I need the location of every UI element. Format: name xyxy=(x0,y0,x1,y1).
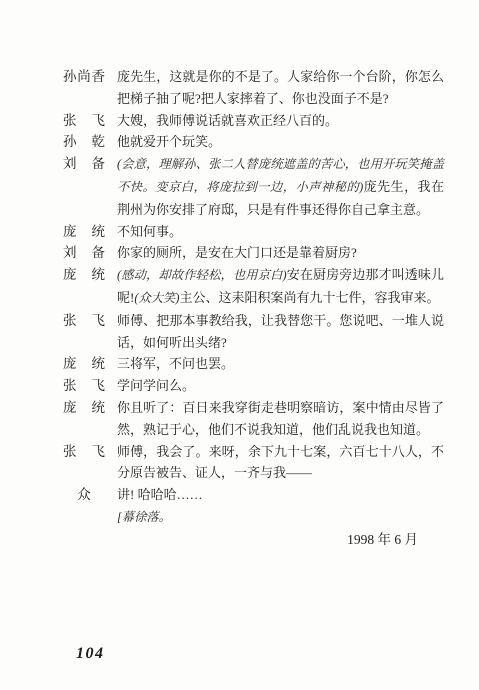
speaker-char: 庞 xyxy=(63,397,77,419)
script-content: 孙尚香庞先生，这就是你的不是了。人家给你一个台阶，你怎么把梯子抽了呢?把人家摔着… xyxy=(63,66,444,551)
dialogue-text: 你家的厕所，是安在大门口还是靠着厨房? xyxy=(117,242,444,264)
dialogue-segment: 讲! 哈哈哈…… xyxy=(117,487,203,502)
speaker-name: 孙尚香 xyxy=(63,66,105,88)
speaker-char: 孙 xyxy=(63,131,77,153)
speaker-name: 张飞 xyxy=(63,441,105,463)
speaker-char: 统 xyxy=(92,221,106,243)
speaker-char: 尚 xyxy=(77,66,91,88)
dialogue-text: 他就爱开个玩笑。 xyxy=(117,131,444,153)
speaker-char: 统 xyxy=(92,353,106,375)
dialogue-segment: 你家的厕所，是安在大门口还是靠着厨房? xyxy=(117,245,357,260)
speaker-name: 孙乾 xyxy=(63,131,105,153)
dialogue-entry: 刘备(会意，理解孙、张二人替庞统遮盖的苦心，也用开玩笑掩盖不快。变京白，将庞拉到… xyxy=(63,153,444,220)
dialogue-segment: 三将军，不问也罢。 xyxy=(117,356,234,371)
speaker-char: 备 xyxy=(92,242,106,264)
speaker-name: 庞统 xyxy=(63,397,105,419)
speaker-char: 飞 xyxy=(92,310,106,332)
dialogue-segment: 不知何事。 xyxy=(117,224,182,239)
stage-direction: (感动，却故作轻松，也用京白) xyxy=(117,268,287,282)
speaker-char: 香 xyxy=(92,66,106,88)
speaker-char: 众 xyxy=(77,484,91,506)
speaker-char: 乾 xyxy=(92,131,106,153)
speaker-char: 飞 xyxy=(92,441,106,463)
speaker-char: 飞 xyxy=(92,375,106,397)
dialogue-text: 不知何事。 xyxy=(117,221,444,243)
dialogue-segment: 大嫂，我师傅说话就喜欢正经八百的。 xyxy=(117,113,338,128)
speaker-char: 刘 xyxy=(63,153,77,175)
dialogue-entry: 张飞大嫂，我师傅说话就喜欢正经八百的。 xyxy=(63,110,444,132)
dialogue-entry: 张飞学问学问么。 xyxy=(63,375,444,397)
speaker-char: 张 xyxy=(63,310,77,332)
dialogue-segment: 师傅，我会了。来呀，余下九十七案，六百七十八人，不分原告被告、证人，一齐与我—— xyxy=(117,444,444,481)
speaker-name: 张飞 xyxy=(63,310,105,332)
speaker-char: 备 xyxy=(92,153,106,175)
dialogue-segment: 主公、这耒阳积案尚有九十七件，容我审来。 xyxy=(179,290,439,305)
dialogue-text: (感动，却故作轻松，也用京白)安在厨房旁边那才叫透味儿呢!(众大笑)主公、这耒阳… xyxy=(117,264,444,310)
dialogue-text: 师傅、把那本事教给我，让我替您干。您说吧、一堆人说话，如何听出头绪? xyxy=(117,310,444,354)
dialogue-text: [幕徐落。 xyxy=(117,506,444,529)
speaker-name: 刘备 xyxy=(63,242,105,264)
speaker-char: 张 xyxy=(63,110,77,132)
speaker-name: 庞统 xyxy=(63,221,105,243)
speaker-name: 庞统 xyxy=(63,353,105,375)
speaker-char: 统 xyxy=(92,397,106,419)
dialogue-entry: 庞统三将军，不问也罢。 xyxy=(63,353,444,375)
speaker-char: 刘 xyxy=(63,242,77,264)
stage-direction: [幕徐落。 xyxy=(117,510,171,524)
speaker-name: 众 xyxy=(63,484,105,506)
dialogue-segment: 师傅、把那本事教给我，让我替您干。您说吧、一堆人说话，如何听出头绪? xyxy=(117,313,444,350)
dialogue-text: 庞先生，这就是你的不是了。人家给你一个台阶，你怎么把梯子抽了呢?把人家摔着了、你… xyxy=(117,66,444,110)
speaker-char: 飞 xyxy=(92,110,106,132)
dialogue-segment: 他就爱开个玩笑。 xyxy=(117,134,221,149)
dialogue-entry: 庞统你且听了：百日来我穿街走巷明察暗访，案中情由尽皆了然，熟记于心，他们不说我知… xyxy=(63,397,444,441)
dialogue-entry: 张飞师傅、把那本事教给我，让我替您干。您说吧、一堆人说话，如何听出头绪? xyxy=(63,310,444,354)
dialogue-text: (会意，理解孙、张二人替庞统遮盖的苦心，也用开玩笑掩盖不快。变京白，将庞拉到一边… xyxy=(117,153,444,220)
dialogue-entry: [幕徐落。 xyxy=(63,506,444,529)
dialogue-entry: 众讲! 哈哈哈…… xyxy=(63,484,444,506)
scanned-script-page: 孙尚香庞先生，这就是你的不是了。人家给你一个台阶，你怎么把梯子抽了呢?把人家摔着… xyxy=(0,0,479,690)
dialogue-segment: 学问学问么。 xyxy=(117,378,195,393)
speaker-name: 张飞 xyxy=(63,375,105,397)
dialogue-entry: 庞统不知何事。 xyxy=(63,221,444,243)
dialogue-segment: 你且听了：百日来我穿街走巷明察暗访，案中情由尽皆了然，熟记于心，他们不说我知道，… xyxy=(117,400,444,437)
speaker-char: 孙 xyxy=(63,66,77,88)
dialogue-entry: 张飞师傅，我会了。来呀，余下九十七案，六百七十八人，不分原告被告、证人，一齐与我… xyxy=(63,441,444,485)
speaker-char: 张 xyxy=(63,375,77,397)
dialogue-text: 大嫂，我师傅说话就喜欢正经八百的。 xyxy=(117,110,444,132)
speaker-char: 统 xyxy=(92,264,106,286)
dialogue-text: 三将军，不问也罢。 xyxy=(117,353,444,375)
stage-direction: (众大笑) xyxy=(134,291,179,305)
speaker-char: 庞 xyxy=(63,353,77,375)
speaker-char: 庞 xyxy=(63,264,77,286)
dialogue-entry: 孙乾他就爱开个玩笑。 xyxy=(63,131,444,153)
dialogue-entry: 孙尚香庞先生，这就是你的不是了。人家给你一个台阶，你怎么把梯子抽了呢?把人家摔着… xyxy=(63,66,444,110)
dialogue-entry: 刘备你家的厕所，是安在大门口还是靠着厨房? xyxy=(63,242,444,264)
speaker-char: 庞 xyxy=(63,221,77,243)
dialogue-text: 你且听了：百日来我穿街走巷明察暗访，案中情由尽皆了然，熟记于心，他们不说我知道，… xyxy=(117,397,444,441)
page-number: 104 xyxy=(76,645,105,663)
dialogue-text: 师傅，我会了。来呀，余下九十七案，六百七十八人，不分原告被告、证人，一齐与我—— xyxy=(117,441,444,485)
date-line: 1998 年 6 月 xyxy=(63,529,444,551)
speaker-name: 庞统 xyxy=(63,264,105,286)
dialogue-text: 学问学问么。 xyxy=(117,375,444,397)
dialogue-segment: 庞先生，这就是你的不是了。人家给你一个台阶，你怎么把梯子抽了呢?把人家摔着了、你… xyxy=(117,69,444,106)
speaker-name: 刘备 xyxy=(63,153,105,175)
speaker-char: 张 xyxy=(63,441,77,463)
dialogue-text: 讲! 哈哈哈…… xyxy=(117,484,444,506)
speaker-name: 张飞 xyxy=(63,110,105,132)
dialogue-entry: 庞统(感动，却故作轻松，也用京白)安在厨房旁边那才叫透味儿呢!(众大笑)主公、这… xyxy=(63,264,444,310)
